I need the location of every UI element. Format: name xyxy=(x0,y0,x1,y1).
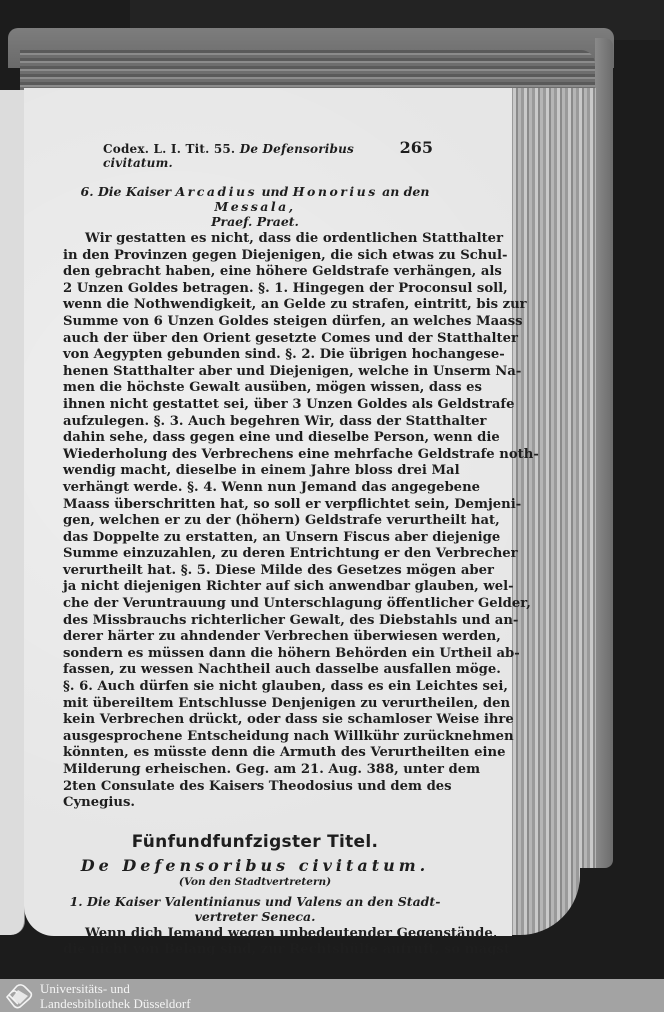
text-line: ausgesprochene Entscheidung nach Willküh… xyxy=(63,729,447,746)
text-line: che der Veruntrauung und Unterschlagung … xyxy=(63,596,447,613)
page-text: Codex. L. I. Tit. 55. De Defensoribus ci… xyxy=(63,138,447,959)
text-line: wenn die Nothwendigkeit, an Gelde zu str… xyxy=(63,297,447,314)
section-latin-title: De Defensoribus civitatum. xyxy=(63,856,447,875)
text-line: 2ten Consulate des Kaisers Theodosius un… xyxy=(63,779,447,796)
page-number: 265 xyxy=(400,138,433,157)
page-edges-right xyxy=(510,88,596,868)
recipient-title: Praef. Praet. xyxy=(211,214,299,229)
text-line: mit übereiltem Entschlusse Denjenigen zu… xyxy=(63,696,447,713)
rescript-text: und xyxy=(261,184,288,199)
text-line: henen Statthalter aber und Diejenigen, w… xyxy=(63,364,447,381)
text-line: sondern es müssen dann die höhern Behörd… xyxy=(63,646,447,663)
text-line: men die höchste Gewalt ausüben, mögen wi… xyxy=(63,380,447,397)
book-logo-icon xyxy=(4,982,34,1009)
section-german-title: (Von den Stadtvertretern) xyxy=(63,876,447,888)
rescript-line: vertreter Seneca. xyxy=(63,909,447,924)
rescript-line: 1. Die Kaiser Valentinianus und Valens a… xyxy=(63,894,447,909)
library-name-line1: Universitäts- und xyxy=(40,981,191,996)
text-line: §. 6. Auch dürfen sie nicht glauben, das… xyxy=(63,679,447,696)
running-head-left: Codex. L. I. Tit. 55. De Defensoribus ci… xyxy=(103,142,400,170)
text-line: derer härter zu ahndender Verbrechen übe… xyxy=(63,629,447,646)
text-line: Summe einzuzahlen, zu deren Entrichtung … xyxy=(63,546,447,563)
rescript-text: an den xyxy=(382,184,429,199)
emperor-name: Arcadius xyxy=(175,184,257,199)
page-edges-top xyxy=(20,50,595,90)
recipient-name: Messala, xyxy=(214,199,295,214)
running-head: Codex. L. I. Tit. 55. De Defensoribus ci… xyxy=(103,138,433,170)
section-title: Fünfundfunfzigster Titel. xyxy=(63,832,447,852)
text-line: wendig macht, dieselbe in einem Jahre bl… xyxy=(63,463,447,480)
text-line: ihnen nicht gestattet sei, über 3 Unzen … xyxy=(63,397,447,414)
page-edges-bottom xyxy=(510,860,580,935)
text-line: Cynegius. xyxy=(63,795,447,812)
text-line: das Doppelte zu erstatten, an Unsern Fis… xyxy=(63,530,447,547)
text-line: Summe von 6 Unzen Goldes steigen dürfen,… xyxy=(63,314,447,331)
book-cover-right xyxy=(595,38,613,868)
text-line: Wiederholung des Verbrechens eine mehrfa… xyxy=(63,447,447,464)
text-line: die nicht von Belang sind, zur Rechtshül… xyxy=(63,942,447,959)
text-line: kein Verbrechen drückt, oder dass sie sc… xyxy=(63,712,447,729)
text-line: auch der über den Orient gesetzte Comes … xyxy=(63,331,447,348)
library-name-line2: Landesbibliothek Düsseldorf xyxy=(40,996,191,1011)
body-paragraph-2: Wenn dich Jemand wegen unbedeutender Geg… xyxy=(63,926,447,959)
library-footer: Universitäts- und Landesbibliothek Düsse… xyxy=(0,979,664,1012)
text-line: fassen, zu wessen Nachtheil auch dasselb… xyxy=(63,662,447,679)
text-line: von Aegypten gebunden sind. §. 2. Die üb… xyxy=(63,347,447,364)
rescript-heading: 6. Die Kaiser Arcadius und Honorius an d… xyxy=(63,184,447,229)
body-paragraph-1: Wir gestatten es nicht, dass die ordentl… xyxy=(63,231,447,812)
text-line: dahin sehe, dass gegen eine und dieselbe… xyxy=(63,430,447,447)
text-line: Maass überschritten hat, so soll er verp… xyxy=(63,497,447,514)
library-name: Universitäts- und Landesbibliothek Düsse… xyxy=(40,981,191,1011)
text-line: verurtheilt hat. §. 5. Diese Milde des G… xyxy=(63,563,447,580)
running-head-citation: Codex. L. I. Tit. 55. xyxy=(103,142,235,156)
text-line: 2 Unzen Goldes betragen. §. 1. Hingegen … xyxy=(63,281,447,298)
text-line: aufzulegen. §. 3. Auch begehren Wir, das… xyxy=(63,414,447,431)
text-line: könnten, es müsste denn die Armuth des V… xyxy=(63,745,447,762)
rescript-number: 6. xyxy=(81,184,94,199)
text-line: Wir gestatten es nicht, dass die ordentl… xyxy=(63,231,447,248)
text-line: gen, welchen er zu der (höhern) Geldstra… xyxy=(63,513,447,530)
emperor-name: Honorius xyxy=(293,184,378,199)
text-line: des Missbrauchs richterlicher Gewalt, de… xyxy=(63,613,447,630)
text-line: verhängt werde. §. 4. Wenn nun Jemand da… xyxy=(63,480,447,497)
text-line: ja nicht diejenigen Richter auf sich anw… xyxy=(63,579,447,596)
facing-page-edge xyxy=(0,90,25,935)
rescript-text: Die Kaiser xyxy=(98,184,171,199)
text-line: Wenn dich Jemand wegen unbedeutender Geg… xyxy=(63,926,447,943)
text-line: Milderung erheischen. Geg. am 21. Aug. 3… xyxy=(63,762,447,779)
text-line: den gebracht haben, eine höhere Geldstra… xyxy=(63,264,447,281)
text-line: in den Provinzen gegen Diejenigen, die s… xyxy=(63,248,447,265)
rescript-heading-2: 1. Die Kaiser Valentinianus und Valens a… xyxy=(63,894,447,924)
